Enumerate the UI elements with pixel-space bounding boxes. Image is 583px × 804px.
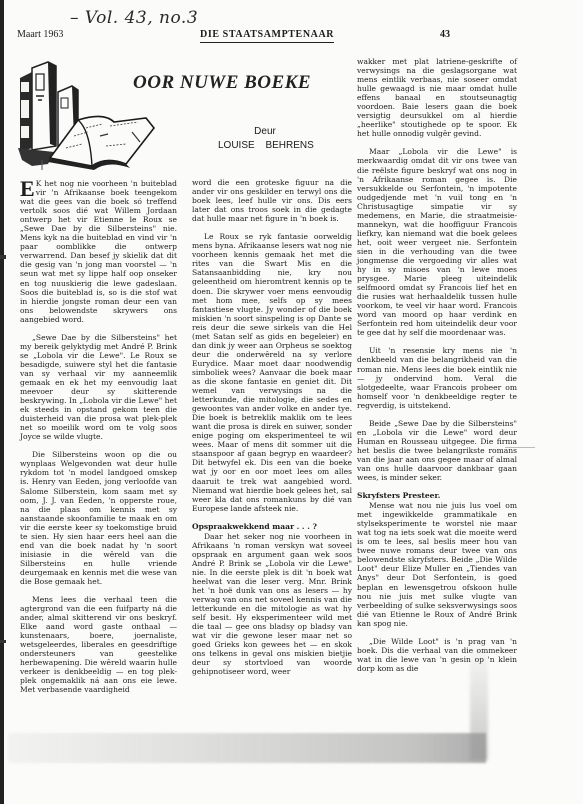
paragraph: Uit 'n resensie kry mens nie 'n denkbeel…: [357, 346, 517, 409]
issue-date: Maart 1963: [17, 29, 63, 40]
paragraph: Mense wat nou nie juis lus voel om met i…: [357, 501, 517, 628]
scan-shadow: [8, 733, 486, 763]
paragraph: Maar „Lobola vir die Lewe" is merkwaardi…: [357, 147, 517, 337]
paragraph: „Sewe Dae by die Silbersteins" het my be…: [20, 333, 177, 442]
byline-label: Deur: [250, 126, 280, 137]
author-name: LOUISE BEHRENS: [218, 140, 314, 151]
column-right: wakker met plat latriene-geskrifte of ve…: [357, 57, 517, 682]
paragraph: Die Silbersteins woon op die ou wynplaas…: [20, 450, 177, 586]
running-head: Maart 1963 DIE STAATSAMPTENAAR 43: [17, 29, 565, 45]
drop-cap: E: [20, 180, 36, 197]
page-number: 43: [440, 29, 450, 40]
paragraph: EK het nog nie voorheen 'n buiteblad vir…: [20, 179, 177, 324]
scan-mark: [0, 640, 6, 643]
paragraph: Mens lees die verhaal teen die agtergron…: [20, 595, 177, 695]
paragraph: „Die Wilde Loot" is 'n prag van 'n boek.…: [357, 637, 517, 673]
paragraph: Le Roux se ryk fantasie oorweldig mens b…: [192, 232, 352, 512]
subheading: Opspraakwekkend maar . . . ?: [192, 522, 352, 531]
publication-title: DIE STAATSAMPTENAAR: [200, 29, 334, 43]
subheading: Skryfsters Presteer.: [357, 491, 517, 500]
article-title: OOR NUWE BOEKE: [133, 72, 311, 94]
paragraph: Beide „Sewe Dae by die Silbersteins" en …: [357, 419, 517, 482]
scan-shadow: [470, 640, 488, 760]
paragraph: wakker met plat latriene-geskrifte of ve…: [357, 57, 517, 138]
divider: [505, 447, 535, 448]
column-middle: word die een groteske figuur na die ande…: [192, 178, 352, 685]
scan-binding-edge: [0, 0, 4, 804]
handwritten-annotation: – Vol. 43, no.3: [70, 8, 198, 28]
column-left: EK het nog nie voorheen 'n buiteblad vir…: [20, 179, 177, 704]
paragraph: Daar het seker nog nie voorheen in Afrik…: [192, 532, 352, 677]
scan-mark: [0, 255, 6, 259]
paragraph: word die een groteske figuur na die ande…: [192, 178, 352, 223]
